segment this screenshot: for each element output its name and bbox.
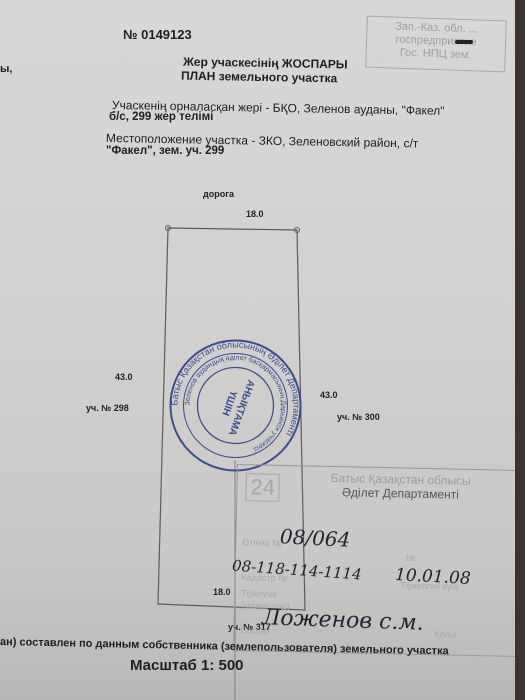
official-round-seal: Батыс Қазақстан облысының Әділет Департа…	[168, 338, 303, 473]
label-application-no: Өтініш №	[242, 537, 282, 548]
stamp-header: Батыс Қазақстан облысы Әділет Департамен…	[300, 470, 501, 502]
document-page: № 0149123 ы, Зап.-Каз. обл. ... госпредп…	[0, 0, 515, 700]
left-side-length: 43.0	[115, 372, 133, 382]
stamp-number: 24	[245, 473, 280, 502]
top-side-length: 18.0	[246, 209, 264, 219]
road-label: дорога	[203, 189, 234, 199]
bottom-side-length: 18.0	[213, 587, 231, 597]
handwritten-application-number: 08/064	[279, 524, 351, 552]
neighbor-right-label: уч. № 300	[337, 412, 380, 422]
handwritten-date: 10.01.08	[395, 565, 472, 589]
neighbor-left-label: уч. № 298	[86, 403, 129, 413]
right-side-length: 43.0	[320, 390, 338, 400]
label-registrar: Тіркеуші	[241, 588, 276, 599]
label-no: №	[406, 553, 416, 563]
scale-label: Масштаб 1: 500	[130, 657, 244, 674]
label-signature: Қолы	[434, 629, 456, 639]
